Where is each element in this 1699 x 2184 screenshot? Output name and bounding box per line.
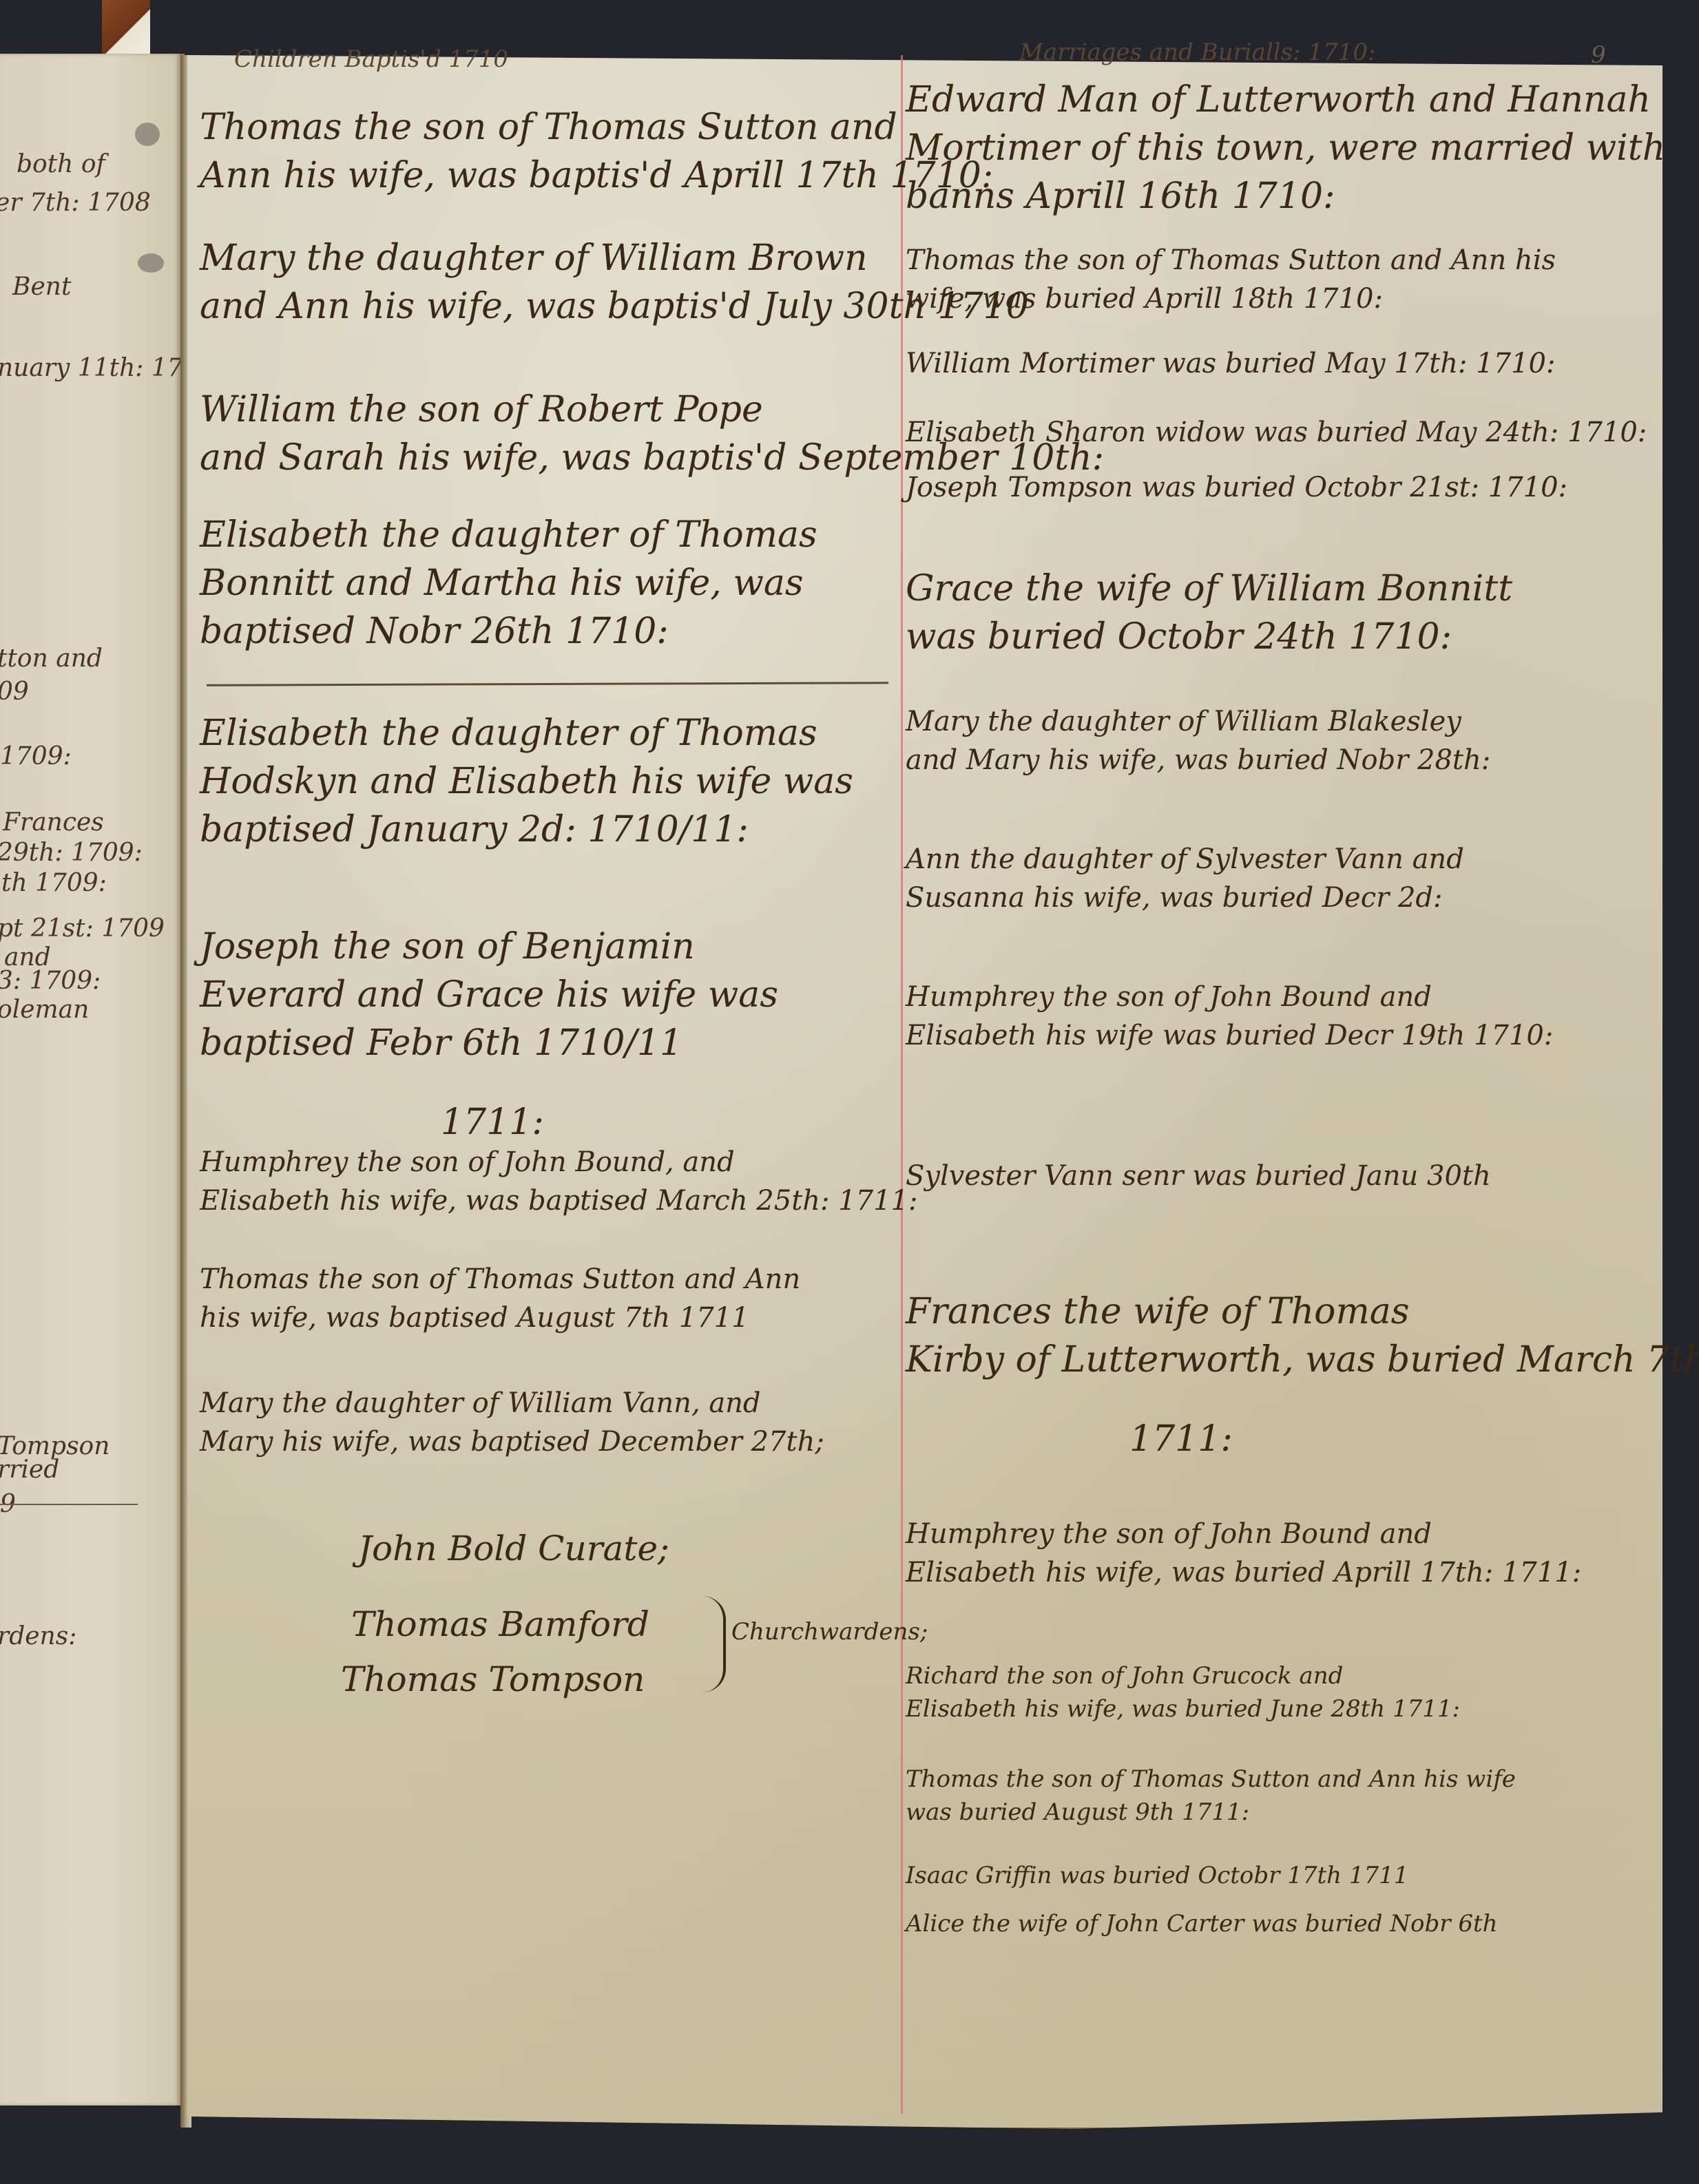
curate-signature: John Bold Curate; [358,1529,669,1568]
register-entry: Edward Man of Lutterworth and Hannah Mor… [906,76,1665,220]
column-divider-rule [901,55,903,2114]
register-entry: Thomas the son of Thomas Sutton and Ann … [906,241,1556,318]
verso-rule [0,1504,138,1505]
register-entry: William Mortimer was buried May 17th: 17… [906,344,1555,383]
register-entry: Alice the wife of John Carter was buried… [906,1907,1498,1940]
register-entry: Elisabeth the daughter of Thomas Bonnitt… [200,511,817,655]
verso-fragment: tton and [0,644,103,673]
register-entry: Isaac Griffin was buried Octobr 17th 171… [906,1859,1408,1892]
verso-fragment: rdens: [0,1622,76,1650]
churchwarden-signature: Thomas Bamford [351,1604,649,1644]
verso-fragment: rried [0,1456,59,1484]
register-entry: Sylvester Vann senr was buried Janu 30th [906,1157,1491,1195]
stain [138,253,164,273]
verso-fragment: 09 [0,678,29,706]
register-entry: Richard the son of John Grucock and Elis… [906,1659,1460,1725]
verso-fragment: both of [17,150,105,178]
verso-fragment: 29th: 1709: [0,839,143,867]
verso-fragment: Bent [12,273,71,301]
marriages-burials-heading: Marriages and Burialls: 1710: [1019,39,1375,66]
register-entry: Thomas the son of Thomas Sutton and Ann … [200,103,993,200]
brace-bracket [702,1596,726,1692]
churchwardens-label: Churchwardens; [731,1618,928,1646]
register-entry: Frances the wife of Thomas Kirby of Lutt… [906,1288,1699,1384]
register-entry: Mary the daughter of William Blakesley a… [906,702,1490,779]
register-entry: Elisabeth the daughter of Thomas Hodskyn… [200,709,853,854]
year-heading: 1711: [441,1102,544,1143]
register-entry: Elisabeth Sharon widow was buried May 24… [906,413,1647,452]
register-entry: Mary the daughter of William Brown and A… [200,234,1029,330]
verso-page: both of ber 7th: 1708 Bent nuary 11th: 1… [0,54,185,2106]
register-entry: Humphrey the son of John Bound and Elisa… [906,978,1553,1055]
register-entry: Thomas the son of Thomas Sutton and Ann … [906,1763,1516,1829]
register-entry: Humphrey the son of John Bound and Elisa… [906,1515,1581,1592]
year-heading: 1711: [1129,1418,1233,1460]
register-entry: Humphrey the son of John Bound, and Elis… [200,1143,918,1220]
verso-fragment: 1709: [0,742,72,770]
folio-number: 9 [1591,41,1606,69]
churchwarden-signature: Thomas Tompson [341,1659,645,1699]
verso-fragment: pt 21st: 1709 [0,914,165,943]
verso-fragment: Frances [3,808,104,837]
register-entry: Joseph Tompson was buried Octobr 21st: 1… [906,468,1567,507]
verso-fragment: oleman [0,996,89,1024]
register-entry: Thomas the son of Thomas Sutton and Ann … [200,1260,800,1337]
register-entry: Ann the daughter of Sylvester Vann and S… [906,840,1464,917]
register-entry: Mary the daughter of William Vann, and M… [200,1384,824,1461]
register-entry: Grace the wife of William Bonnitt was bu… [906,565,1512,661]
verso-fragment: ber 7th: 1708 [0,189,151,217]
register-entry: Joseph the son of Benjamin Everard and G… [200,923,778,1067]
baptisms-heading: Children Baptis'd 1710 [234,45,508,73]
stain [135,123,160,146]
verso-fragment: 3: 1709: [0,967,101,995]
verso-fragment: th 1709: [1,869,107,897]
binding-tab [102,0,150,55]
